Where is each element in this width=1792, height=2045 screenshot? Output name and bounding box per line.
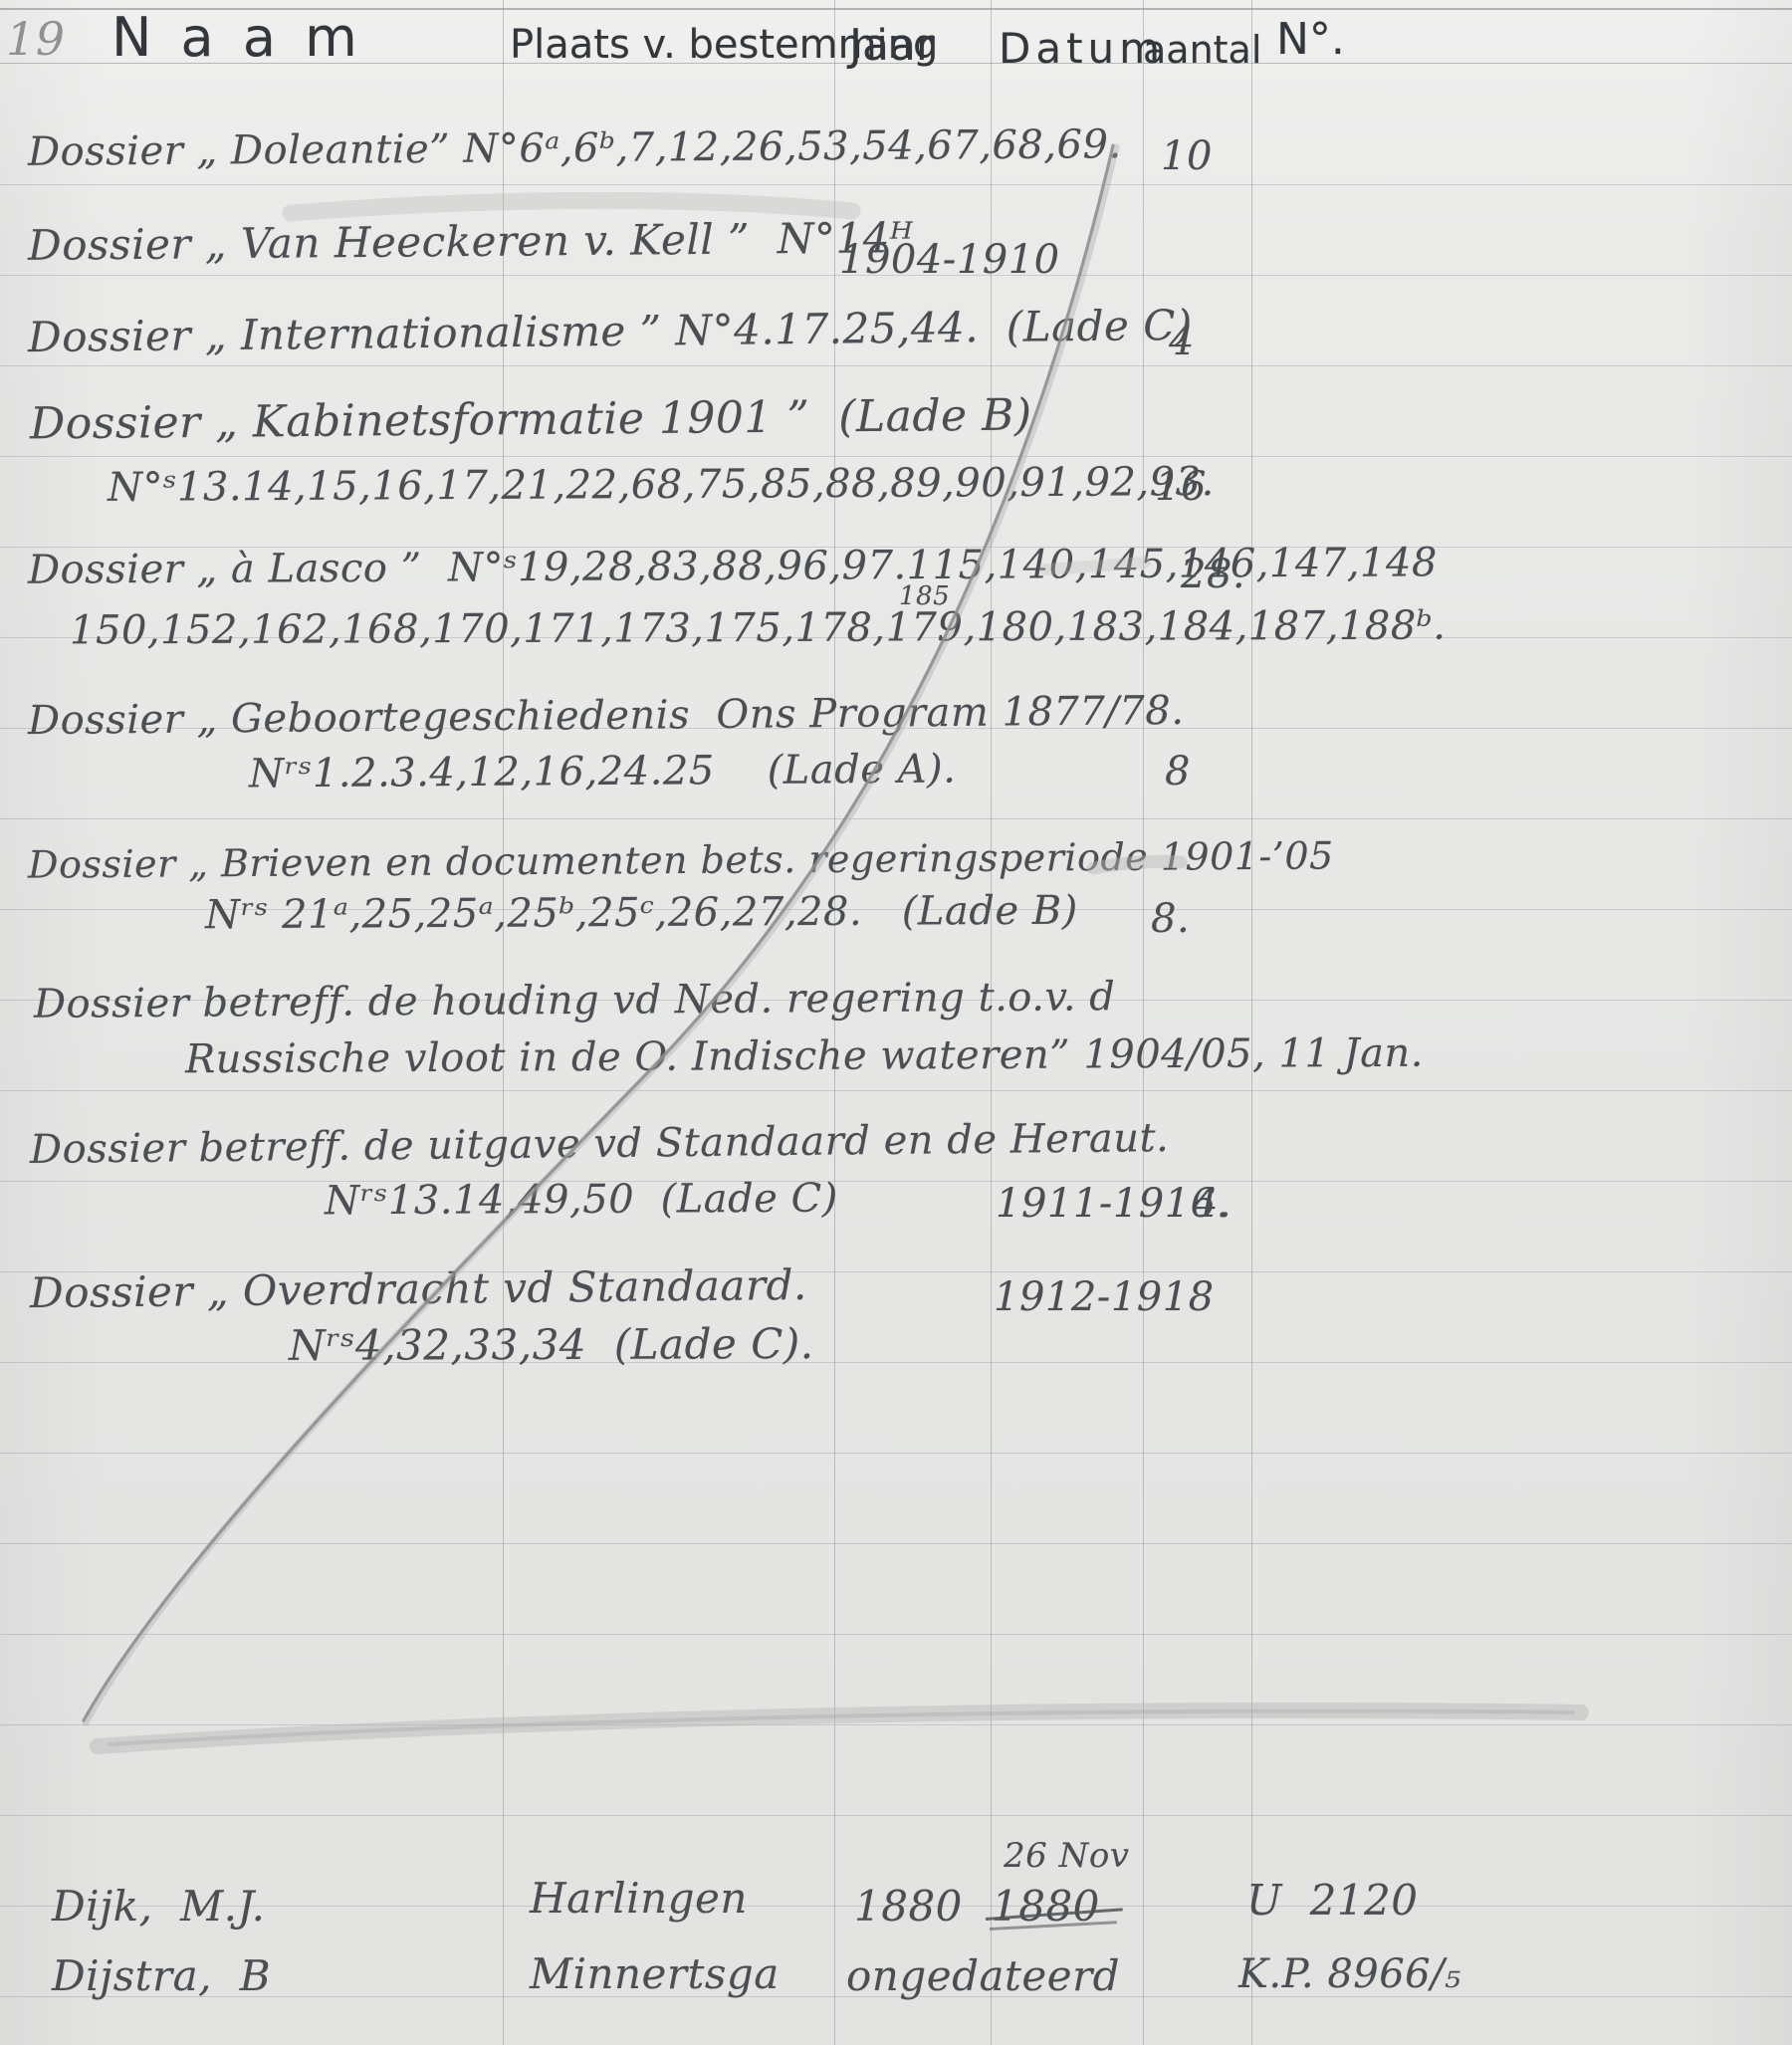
person-1-datum-corrected: 26 Nov	[1004, 1836, 1130, 1876]
doleantie-pencil-smudge	[291, 200, 852, 213]
entry-10-line-1: Dossier „ Overdracht vd Standaard.	[30, 1260, 807, 1317]
person-1-naam: Dijk, M.J.	[52, 1882, 265, 1931]
col-header-jaar: Jaar	[849, 20, 934, 71]
ledger-page: 19 N a a m Plaats v. bestemming Jaar Dat…	[0, 0, 1792, 2045]
entry-3-line-1: Dossier „ Internationalisme ” N°4.17.25,…	[28, 301, 1193, 361]
person-2-plaats: Minnertsga	[530, 1949, 780, 1998]
entry-7-aantal: 8.	[1151, 896, 1190, 942]
entry-2-jaar: 1904-1910	[839, 237, 1060, 283]
entry-9-line-2: Nʳˢ13.14,49,50 (Lade C)	[325, 1176, 838, 1225]
entry-8-line-1: Dossier betreff. de houding vd Ned. rege…	[34, 974, 1116, 1027]
entry-9-line-1: Dossier betreff. de uitgave vd Standaard…	[30, 1115, 1170, 1173]
entry-4-line-1: Dossier „ Kabinetsformatie 1901 ” (Lade …	[30, 390, 1032, 450]
person-1-plaats: Harlingen	[530, 1874, 748, 1923]
entry-2-line-1: Dossier „ Van Heeckeren v. Kell ” N°14ᴴ	[28, 213, 914, 270]
entry-8-line-2: Russische vloot in de O. Indische watere…	[185, 1030, 1424, 1083]
person-2-datum: ongedateerd	[846, 1951, 1120, 2000]
page-number: 19	[6, 12, 66, 66]
col-header-naam: N a a m	[112, 6, 363, 69]
entry-5-line-2: 150,152,162,168,170,171,173,175,178,179,…	[70, 603, 1447, 654]
col-header-datum: Datum	[999, 24, 1165, 73]
col-header-aantal: aantal	[1143, 28, 1261, 72]
entry-3-aantal: 4	[1169, 319, 1195, 364]
entry-10-datum: 1912-1918	[994, 1274, 1215, 1320]
horizontal-pencil-smudge	[98, 1710, 1581, 1746]
entry-7-line-1: Dossier „ Brieven en documenten bets. re…	[28, 833, 1334, 886]
person-1-no: U 2120	[1246, 1876, 1418, 1925]
person-2-no: K.P. 8966/₅	[1238, 1951, 1461, 1997]
entry-6-line-2: Nʳˢ1.2.3.4,12,16,24.25 (Lade A).	[249, 747, 957, 797]
entry-6-line-1: Dossier „ Geboortegeschiedenis Ons Progr…	[28, 688, 1185, 744]
horizontal-pencil-smudge-core	[110, 1711, 1573, 1744]
person-1-jaar: 1880	[854, 1882, 963, 1931]
entry-1-line-1: Dossier „ Doleantie” N°6ᵃ,6ᵇ,7,12,26,53,…	[28, 121, 1122, 175]
entry-9-aantal: 4.	[1193, 1181, 1232, 1227]
person-2-naam: Dijstra, B	[52, 1951, 271, 2000]
entry-5-aantal: 28.	[1181, 552, 1245, 597]
entry-1-aantal: 10	[1161, 133, 1213, 179]
col-header-no: N°.	[1276, 14, 1345, 65]
entry-4-line-2: N°ˢ13.14,15,16,17,21,22,68,75,85,88,89,9…	[108, 459, 1215, 511]
entry-4-aantal: 16	[1155, 464, 1207, 510]
entry-10-line-2: Nʳˢ4,32,33,34 (Lade C).	[289, 1319, 814, 1370]
entry-6-aantal: 8	[1165, 749, 1191, 795]
column-rule-aantal-no	[1251, 0, 1252, 2045]
entry-7-line-2: Nʳˢ 21ᵃ,25,25ᵃ,25ᵇ,25ᶜ,26,27,28. (Lade B…	[205, 888, 1078, 939]
